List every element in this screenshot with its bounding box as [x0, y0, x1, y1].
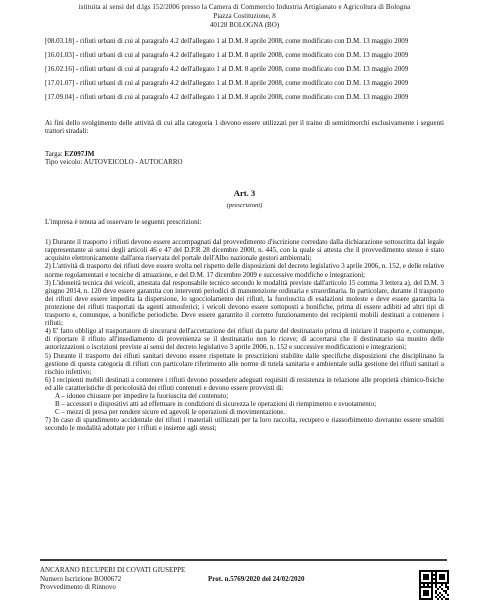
- prescriptions-intro: L'impresa è tenuta ad osservare le segue…: [45, 218, 444, 226]
- document-page: SEZIONE REGIONALE EMILIA ROMAGNA istitui…: [0, 0, 480, 600]
- footer-company: ANCARANO RECUPERI DI COVATI GIUSEPPE: [40, 566, 447, 575]
- header-address: Piazza Costituzione, 8: [45, 12, 444, 21]
- prescription-item-6: 6) I recipienti mobili destinati a conte…: [45, 376, 444, 392]
- prescription-item-7: 7) In caso di spandimento accidentale de…: [45, 416, 444, 432]
- category-note: Ai fini dello svolgimento delle attività…: [45, 119, 444, 135]
- footer-registration-number: Numero Iscrizione BO00672: [40, 575, 208, 584]
- prescriptions-list: 1) Durante il trasporto i rifiuti devono…: [45, 238, 444, 432]
- article-subtitle: (prescrizioni): [45, 202, 444, 210]
- prescription-item-1: 1) Durante il trasporto i rifiuti devono…: [45, 238, 444, 262]
- vehicle-block: Targa: EZ097JM Tipo veicolo: AUTOVEICOLO…: [45, 150, 444, 166]
- article-title: Art. 3: [45, 189, 444, 198]
- document-footer: ANCARANO RECUPERI DI COVATI GIUSEPPE Num…: [40, 559, 447, 592]
- waste-code-list: [08.03.18] - rifiuti urbani di cui al pa…: [45, 38, 444, 103]
- footer-protocol: Prot. n.5769/2020 del 24/02/2020: [208, 575, 305, 584]
- prescription-item-5: 5) Durante il trasporto dei rifiuti sani…: [45, 352, 444, 376]
- footer-registration-row: Numero Iscrizione BO00672 Prot. n.5769/2…: [40, 575, 447, 584]
- plate-label: Targa:: [45, 150, 64, 158]
- document-header: SEZIONE REGIONALE EMILIA ROMAGNA istitui…: [45, 0, 444, 30]
- prescription-subitem-a: A – idonee chiusure per impedire la fuor…: [45, 392, 444, 400]
- waste-code-entry: [16.01.03] - rifiuti urbani di cui al pa…: [45, 52, 444, 60]
- vehicle-type-line: Tipo veicolo: AUTOVEICOLO - AUTOCARRO: [45, 158, 444, 166]
- vehicle-plate-line: Targa: EZ097JM: [45, 150, 444, 158]
- waste-code-entry: [08.03.18] - rifiuti urbani di cui al pa…: [45, 38, 444, 46]
- waste-code-entry: [17.01.07] - rifiuti urbani di cui al pa…: [45, 80, 444, 88]
- footer-provision-type: Provvedimento di Rinnovo: [40, 583, 447, 592]
- header-institution: istituita ai sensi del d.lgs 152/2006 pr…: [45, 3, 444, 12]
- waste-code-entry: [16.02.16] - rifiuti urbani di cui al pa…: [45, 66, 444, 74]
- vehicle-type-label: Tipo veicolo:: [45, 158, 84, 166]
- prescription-subitem-b: B – accessori e dispositivi atti ad effe…: [45, 400, 444, 408]
- vehicle-type-value: AUTOVEICOLO - AUTOCARRO: [84, 158, 183, 166]
- article-heading: Art. 3 (prescrizioni): [45, 189, 444, 210]
- prescription-subitem-c: C – mezzi di presa per rendere sicure ed…: [45, 408, 444, 416]
- prescription-item-4: 4) E' fatto obbligo al trasportatore di …: [45, 327, 444, 351]
- prescription-item-3: 3) L'idoneità tecnica dei veicoli, attes…: [45, 279, 444, 328]
- waste-code-entry: [17.09.04] - rifiuti urbani di cui al pa…: [45, 94, 444, 102]
- document-content: SEZIONE REGIONALE EMILIA ROMAGNA istitui…: [0, 0, 480, 432]
- header-city: 40128 BOLOGNA (BO): [45, 21, 444, 30]
- plate-value: EZ097JM: [64, 150, 94, 158]
- footer-divider: [40, 559, 447, 561]
- prescription-item-2: 2) L'attività di trasporto dei rifiuti d…: [45, 262, 444, 278]
- qr-code-icon: [419, 570, 449, 600]
